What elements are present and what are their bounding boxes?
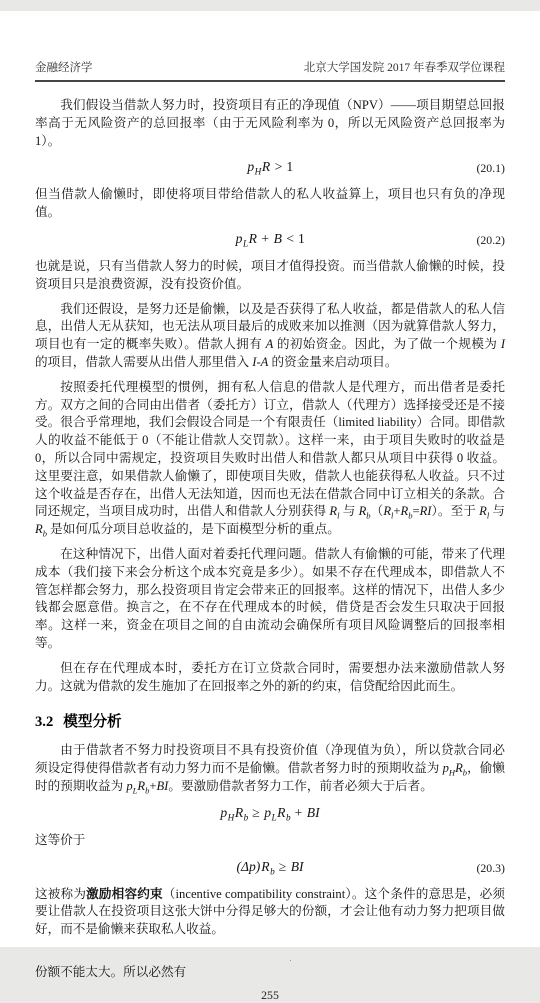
document-page: 金融经济学 北京大学国发院 2017 年春季双学位课程 我们假设当借款人努力时，… bbox=[0, 11, 540, 947]
equation-incentive-unnumbered: pHRb≥pLRb+BI bbox=[35, 804, 505, 822]
paragraph-npv-assumption: 我们假设当借款人努力时，投资项目有正的净现值（NPV）——项目期望总回报率高于无… bbox=[35, 97, 505, 150]
paragraph-principal-agent-contract: 按照委托代理模型的惯例，拥有私人信息的借款人是代理方，而出借者是委托方。双方之间… bbox=[35, 379, 505, 539]
paragraph-credit-rationing: 但在存在代理成本时，委托方在订立贷款合同时，需要想办法来激励借款人努力。这就为借… bbox=[35, 660, 505, 696]
section-number: 3.2 bbox=[35, 714, 53, 730]
header-institution: 北京大学国发院 2017 年春季双学位课程 bbox=[304, 59, 505, 75]
page-header: 金融经济学 北京大学国发院 2017 年春季双学位课程 bbox=[35, 59, 505, 82]
bold-term-incentive-constraint: 激励相容约束 bbox=[86, 887, 163, 901]
paragraph-agency-cost: 在这种情况下，出借人面对着委托代理问题。借款人有偷懒的可能，带来了代理成本（我们… bbox=[35, 546, 505, 653]
header-course-title: 金融经济学 bbox=[35, 59, 93, 75]
paragraph-shirking-npv: 但当借款人偷懒时，即使将项目带给借款人的私人收益算上，项目也只有负的净现值。 bbox=[35, 186, 505, 222]
paragraph-equivalent-connector: 这等价于 bbox=[35, 832, 505, 850]
page-bottom-margin bbox=[0, 947, 540, 960]
section-heading-model-analysis: 3.2模型分析 bbox=[35, 710, 505, 731]
equation-20-3: (Δp)Rb≥BI (20.3) bbox=[35, 858, 505, 876]
paragraph-private-information: 我们还假设，是努力还是偷懒，以及是否获得了私人收益，都是借款人的私人信息，出借人… bbox=[35, 301, 505, 372]
paragraph-investment-worth: 也就是说，只有当借款人努力的时候，项目才值得投资。而当借款人偷懒的时候，投资项目… bbox=[35, 258, 505, 294]
paragraph-incentive-setup: 由于借款者不努力时投资项目不具有投资价值（净现值为负），所以贷款合同必须设定得使… bbox=[35, 742, 505, 795]
equation-20-2: pLR+B<1 (20.2) bbox=[35, 230, 505, 248]
equation-number: (20.3) bbox=[476, 859, 505, 877]
section-title: 模型分析 bbox=[63, 714, 121, 730]
equation-number: (20.2) bbox=[476, 231, 505, 249]
paragraph-incentive-compatibility: 这被称为激励相容约束（incentive compatibility const… bbox=[35, 886, 505, 939]
equation-20-1: pHR>1 (20.1) bbox=[35, 158, 505, 176]
equation-number: (20.1) bbox=[476, 159, 505, 177]
